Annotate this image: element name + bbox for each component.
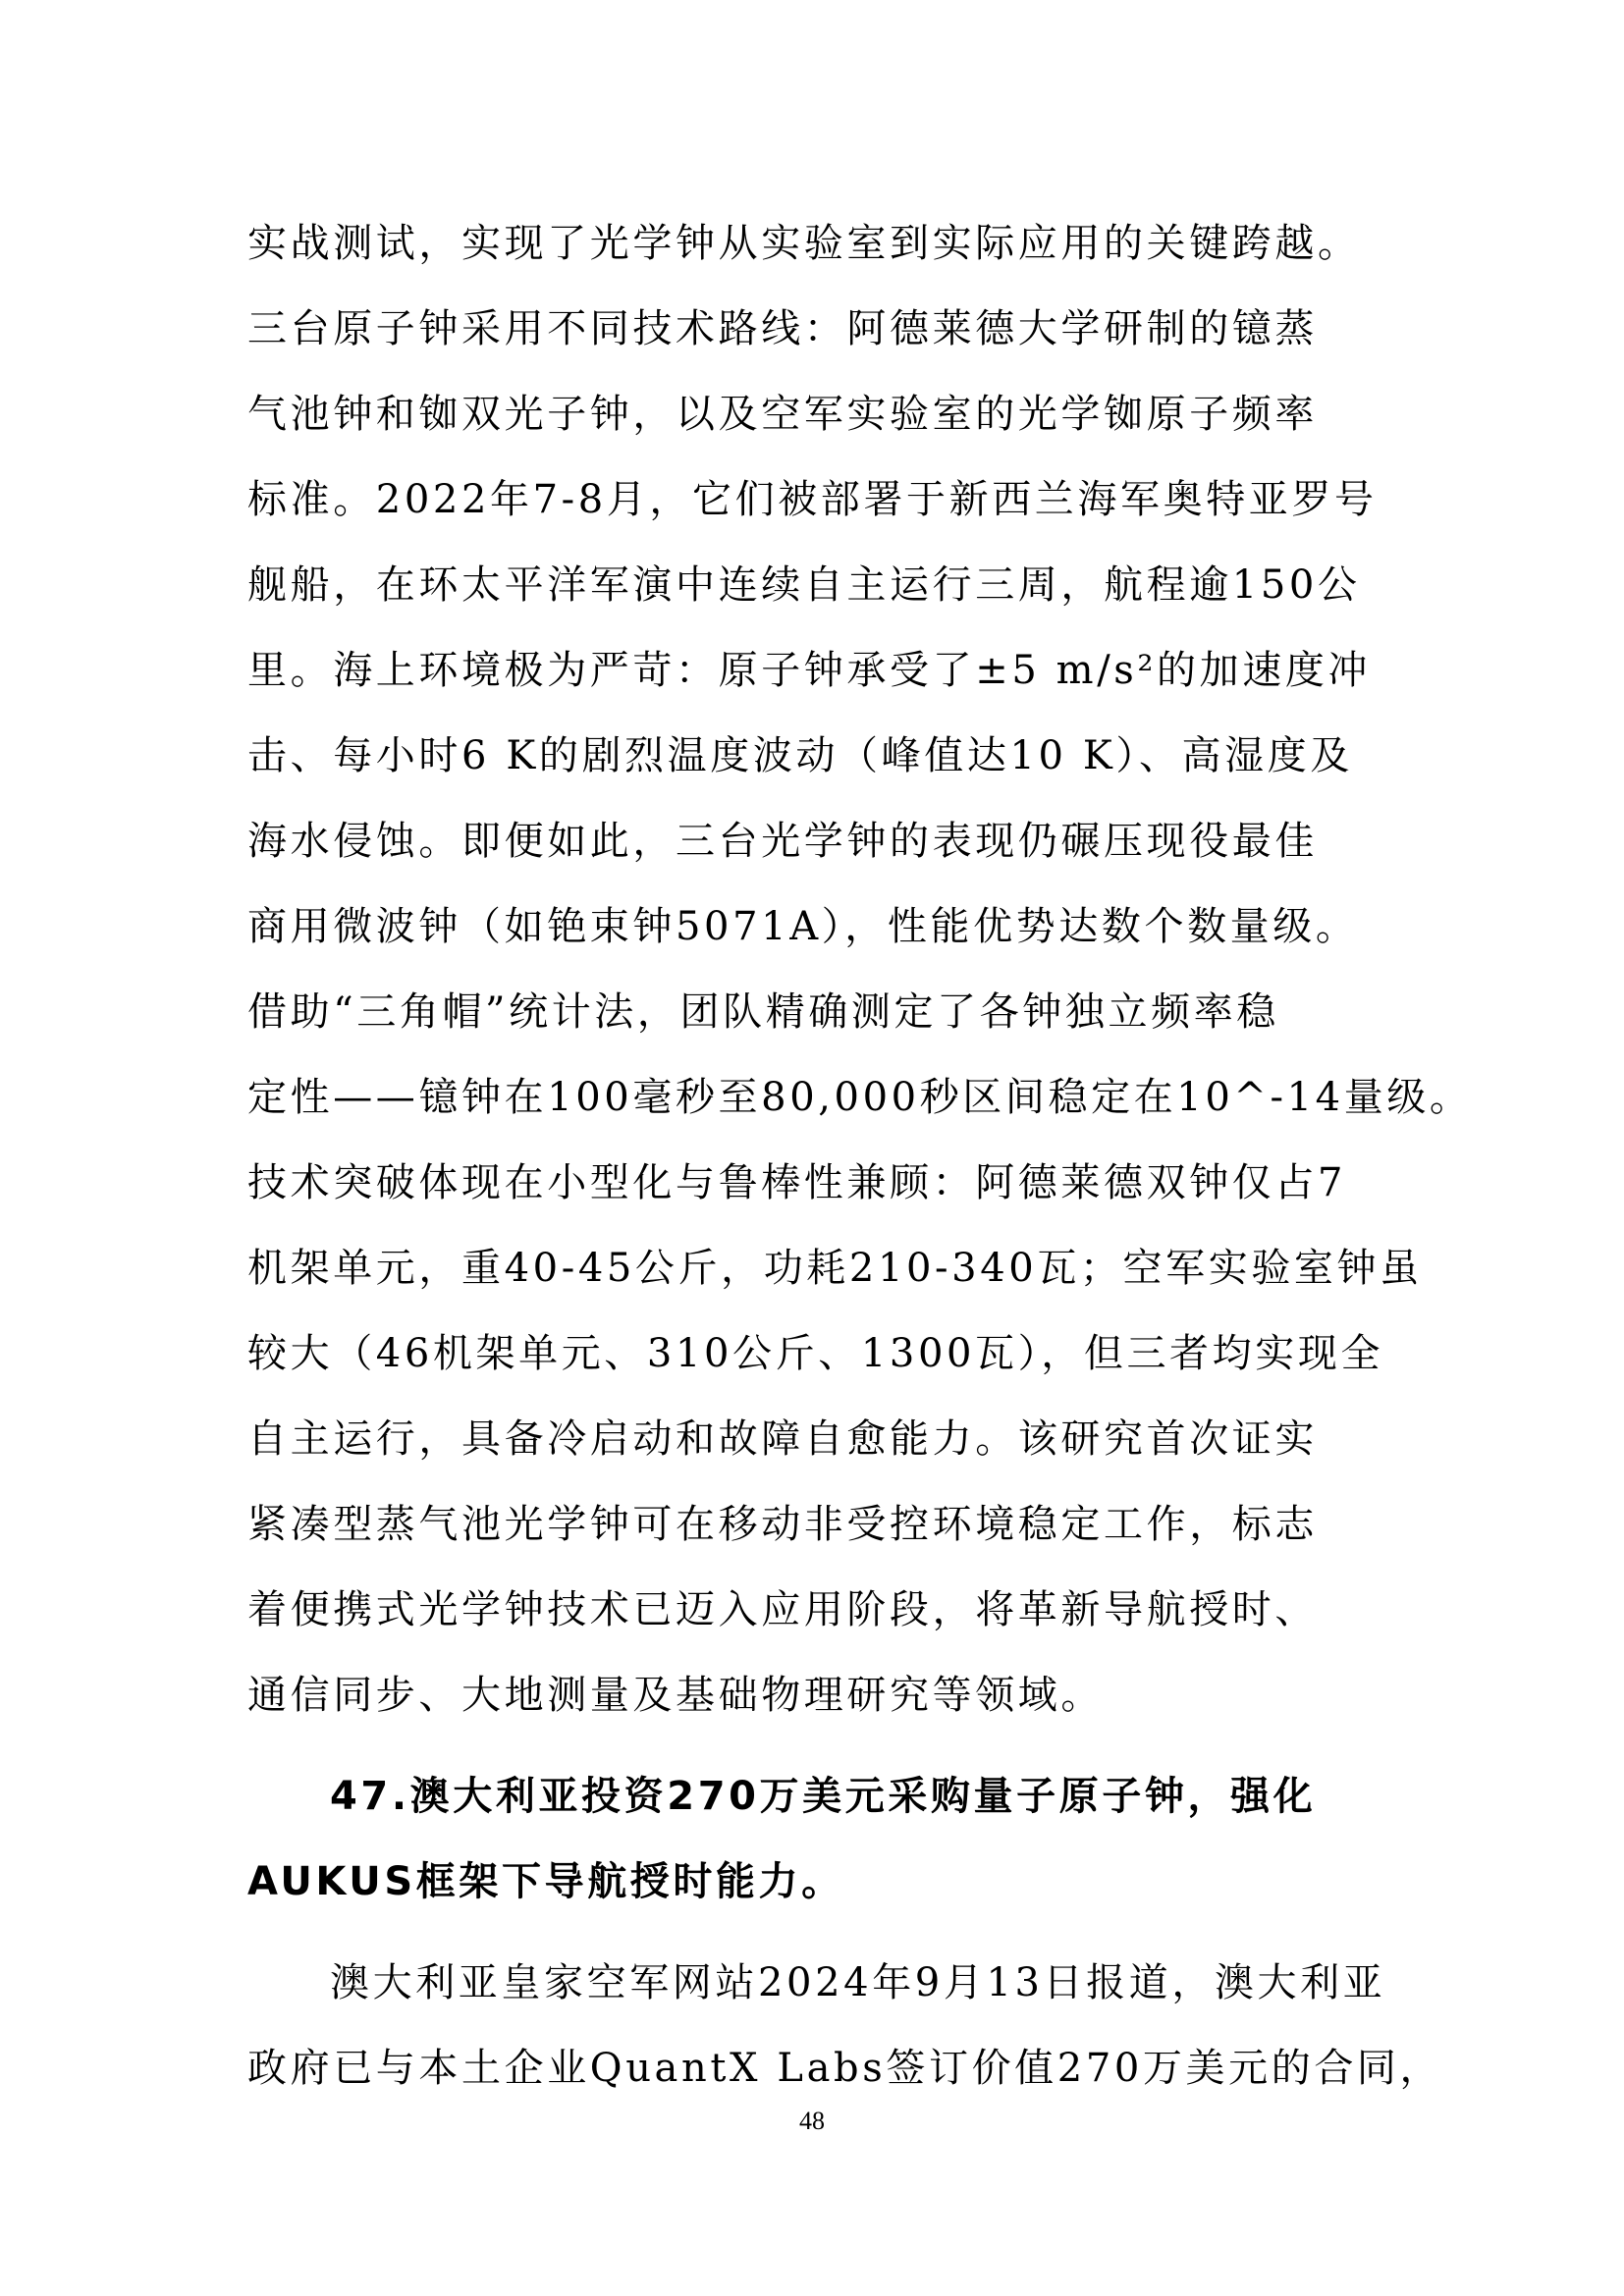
body-text-line: 气池钟和铷双光子钟，以及空军实验室的光学铷原子频率 <box>247 385 1386 444</box>
page-number: 48 <box>0 2107 1624 2136</box>
body-text-line: 政府已与本土企业QuantX Labs签订价值270万美元的合同， <box>247 2039 1386 2098</box>
body-text-line: 较大（46机架单元、310公斤、1300瓦），但三者均实现全 <box>247 1324 1386 1383</box>
body-text-line: 标准。2022年7-8月，它们被部署于新西兰海军奥特亚罗号 <box>247 470 1386 529</box>
body-text-line: 商用微波钟（如铯束钟5071A），性能优势达数个数量级。 <box>247 897 1386 956</box>
body-text-line: 自主运行，具备冷启动和故障自愈能力。该研究首次证实 <box>247 1410 1386 1468</box>
document-page: 实战测试，实现了光学钟从实验室到实际应用的关键跨越。 三台原子钟采用不同技术路线… <box>0 0 1624 2296</box>
body-text-line: 舰船，在环太平洋军演中连续自主运行三周，航程逾150公 <box>247 556 1386 614</box>
section-heading: AUKUS框架下导航授时能力。 <box>247 1852 1386 1911</box>
section-heading: 47.澳大利亚投资270万美元采购量子原子钟，强化 <box>330 1767 1386 1826</box>
body-text-line: 海水侵蚀。即便如此，三台光学钟的表现仍碾压现役最佳 <box>247 812 1386 871</box>
body-text-line: 通信同步、大地测量及基础物理研究等领域。 <box>247 1666 1386 1725</box>
body-text-line: 借助“三角帽”统计法，团队精确测定了各钟独立频率稳 <box>247 983 1386 1041</box>
body-text-line: 着便携式光学钟技术已迈入应用阶段，将革新导航授时、 <box>247 1580 1386 1639</box>
body-text-line: 里。海上环境极为严苛：原子钟承受了±5 m/s²的加速度冲 <box>247 641 1386 700</box>
body-text-line: 三台原子钟采用不同技术路线：阿德莱德大学研制的镱蒸 <box>247 299 1386 358</box>
body-text-line: 紧凑型蒸气池光学钟可在移动非受控环境稳定工作，标志 <box>247 1495 1386 1554</box>
body-text-line: 澳大利亚皇家空军网站2024年9月13日报道，澳大利亚 <box>330 1953 1386 2012</box>
body-text-line: 定性——镱钟在100毫秒至80,000秒区间稳定在10^-14量级。 <box>247 1068 1386 1127</box>
body-text-line: 技术突破体现在小型化与鲁棒性兼顾：阿德莱德双钟仅占7 <box>247 1153 1386 1212</box>
body-text-line: 机架单元，重40-45公斤，功耗210-340瓦；空军实验室钟虽 <box>247 1239 1386 1298</box>
body-text-line: 实战测试，实现了光学钟从实验室到实际应用的关键跨越。 <box>247 214 1386 273</box>
body-text-line: 击、每小时6 K的剧烈温度波动（峰值达10 K）、高湿度及 <box>247 726 1386 785</box>
